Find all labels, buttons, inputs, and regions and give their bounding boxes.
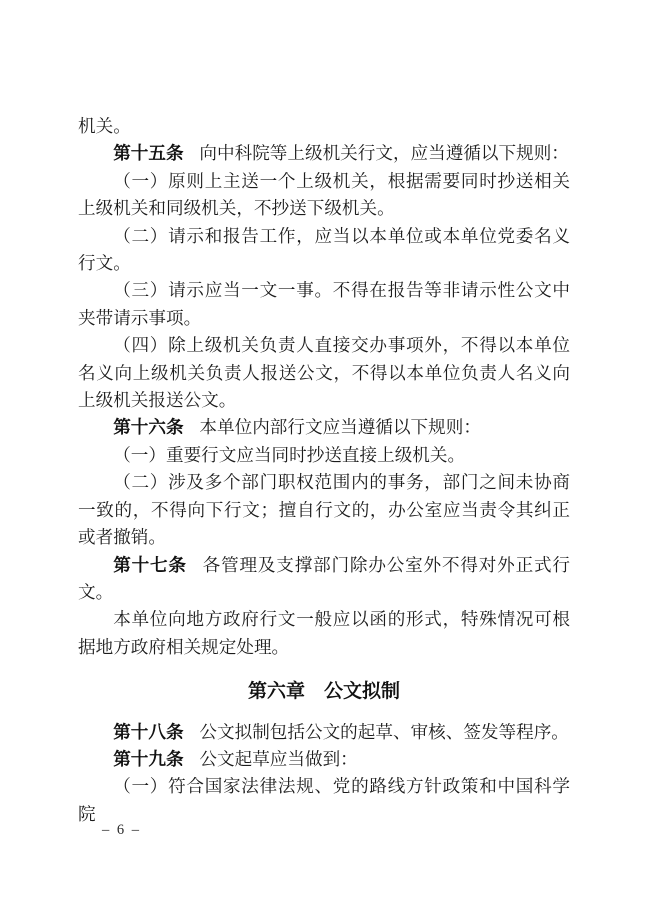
paragraph: 机关。 (78, 113, 570, 140)
paragraph-text: （二）请示和报告工作，应当以本单位或本单位党委名义行文。 (78, 226, 570, 273)
paragraph: （二）涉及多个部门职权范围内的事务，部门之间未协商一致的，不得向下行文；擅自行文… (78, 469, 570, 551)
paragraph: 第十六条本单位内部行文应当遵循以下规则： (78, 414, 570, 441)
article-number: 第十八条 (113, 722, 199, 742)
paragraph: （二）请示和报告工作，应当以本单位或本单位党委名义行文。 (78, 223, 570, 278)
paragraph-text: 向中科院等上级机关行文，应当遵循以下规则： (199, 143, 568, 163)
paragraph-text: （四）除上级机关负责人直接交办事项外，不得以本单位名义向上级机关负责人报送公文，… (78, 335, 570, 410)
paragraph-text: （一）符合国家法律法规、党的路线方针政策和中国科学院 (78, 776, 570, 823)
page-number: – 6 – (102, 821, 141, 839)
paragraph: （一）重要行文应当同时抄送直接上级机关。 (78, 442, 570, 469)
paragraph-text: 公文拟制包括公文的起草、审核、签发等程序。 (199, 722, 568, 742)
paragraph: （三）请示应当一文一事。不得在报告等非请示性公文中夹带请示事项。 (78, 277, 570, 332)
paragraph: 第十七条各管理及支撑部门除办公室外不得对外正式行文。 (78, 552, 570, 607)
paragraph-text: 本单位向地方政府行文一般应以函的形式，特殊情况可根据地方政府相关规定处理。 (78, 609, 570, 656)
chapter-number: 第六章 (248, 681, 324, 702)
article-number: 第十七条 (113, 555, 202, 575)
paragraph: （四）除上级机关负责人直接交办事项外，不得以本单位名义向上级机关负责人报送公文，… (78, 332, 570, 414)
document-page: 机关。第十五条向中科院等上级机关行文，应当遵循以下规则：（一）原则上主送一个上级… (0, 0, 650, 919)
paragraph-text: （一）重要行文应当同时抄送直接上级机关。 (113, 445, 465, 465)
chapter-heading: 第六章公文拟制 (78, 678, 570, 705)
paragraph-text: （二）涉及多个部门职权范围内的事务，部门之间未协商一致的，不得向下行文；擅自行文… (78, 472, 570, 547)
paragraph-text: （一）原则上主送一个上级机关，根据需要同时抄送相关上级机关和同级机关，不抄送下级… (78, 171, 570, 218)
article-number: 第十五条 (113, 143, 199, 163)
paragraph-text: 本单位内部行文应当遵循以下规则： (199, 417, 481, 437)
paragraph-text: （三）请示应当一文一事。不得在报告等非请示性公文中夹带请示事项。 (78, 280, 570, 327)
article-number: 第十六条 (113, 417, 199, 437)
document-body: 机关。第十五条向中科院等上级机关行文，应当遵循以下规则：（一）原则上主送一个上级… (78, 113, 570, 828)
paragraph-text: 公文起草应当做到： (199, 749, 357, 769)
paragraph: （一）符合国家法律法规、党的路线方针政策和中国科学院 (78, 773, 570, 828)
paragraph: 本单位向地方政府行文一般应以函的形式，特殊情况可根据地方政府相关规定处理。 (78, 606, 570, 661)
paragraph: 第十五条向中科院等上级机关行文，应当遵循以下规则： (78, 140, 570, 167)
paragraph-text: 机关。 (78, 116, 131, 136)
paragraph: （一）原则上主送一个上级机关，根据需要同时抄送相关上级机关和同级机关，不抄送下级… (78, 168, 570, 223)
article-number: 第十九条 (113, 749, 199, 769)
paragraph-text: 公文拟制 (324, 681, 400, 702)
paragraph: 第十九条公文起草应当做到： (78, 746, 570, 773)
paragraph: 第十八条公文拟制包括公文的起草、审核、签发等程序。 (78, 719, 570, 746)
